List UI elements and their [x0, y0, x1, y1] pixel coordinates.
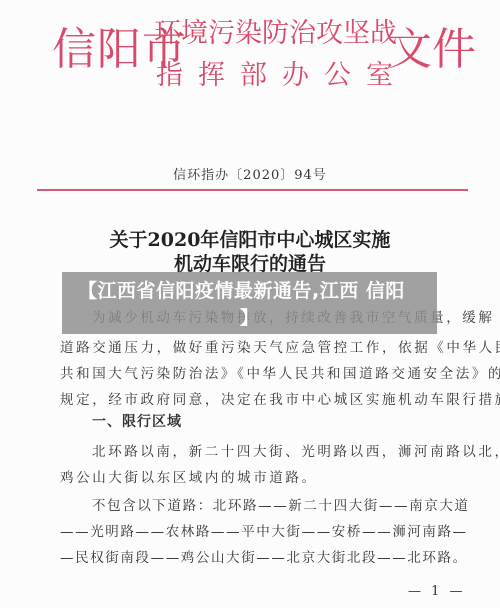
- document-number: 信环指办〔2020〕94号: [0, 164, 500, 183]
- header-agency-line1: 环境污染防治攻坚战: [154, 18, 397, 50]
- header-agency-line2: 指挥部办公室: [156, 60, 408, 92]
- document-page: 信阳市 环境污染防治攻坚战 指挥部办公室 文件 信环指办〔2020〕94号 关于…: [0, 0, 500, 608]
- red-divider: [37, 189, 468, 191]
- document-title-line1: 关于2020年信阳市中心城区实施: [0, 228, 500, 252]
- header-doc-type: 文件: [388, 24, 476, 76]
- page-number: — 1 —: [408, 584, 466, 599]
- overlay-closing-bracket: 】: [240, 304, 258, 330]
- section1-line-2: 鸡公山大街以东区域内的城市道路。: [60, 466, 318, 486]
- exclusion-line-3: —民权街南段——鸡公山大街——北京大街北段——北环路。: [60, 546, 468, 566]
- overlay-headline: 【江西省信阳疫情最新通告,江西 信阳: [78, 276, 405, 303]
- section-heading-restricted-area: 一、限行区域: [92, 411, 182, 431]
- exclusion-line-2: ——光明路——农林路——平中大街——安桥——浉河南路—: [60, 520, 468, 540]
- intro-line-3: 共和国大气污染防治法》《中华人民共和国道路交通安全法》的: [60, 362, 500, 382]
- exclusion-line-1: 不包含以下道路：北环路——新二十四大街——南京大道: [92, 494, 470, 514]
- section1-line-1: 北环路以南，新二十四大街、光明路以西，浉河南路以北，: [92, 440, 500, 460]
- intro-line-4: 规定，经市政府同意，决定在我市中心城区实施机动车限行措施。: [60, 388, 500, 408]
- intro-line-2: 道路交通压力，做好重污染天气应急管控工作，依据《中华人民: [60, 336, 500, 356]
